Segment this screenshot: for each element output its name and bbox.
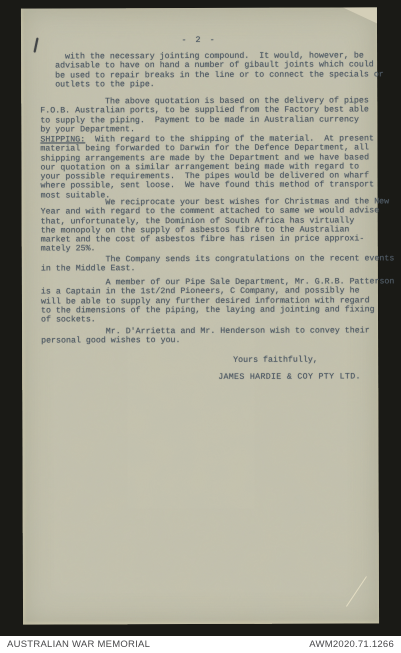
paragraph-good-wishes: Mr. D'Arrietta and Mr. Henderson wish to… xyxy=(41,326,375,346)
paragraph-jointing-compound: with the necessary jointing compound. It… xyxy=(55,51,389,89)
footer-accession-number: AWM2020.71.1266 xyxy=(309,639,394,650)
closing-line: Yours faithfully, xyxy=(233,355,401,365)
footer-institution: AUSTRALIAN WAR MEMORIAL xyxy=(7,639,150,650)
shipping-body: With regard to the shipping of the mater… xyxy=(40,134,374,200)
shipping-heading: SHIPPING: xyxy=(40,135,85,144)
signature-line: JAMES HARDIE & COY PTY LTD. xyxy=(218,372,401,382)
pen-mark xyxy=(34,38,39,53)
scan-background: - 2 - with the necessary jointing compou… xyxy=(0,0,401,653)
archive-footer: AUSTRALIAN WAR MEMORIAL AWM2020.71.1266 xyxy=(0,636,401,653)
paragraph-quotation: The above quotation is based on the deli… xyxy=(40,96,374,134)
paragraph-shipping: SHIPPING: With regard to the shipping of… xyxy=(40,134,374,200)
paper: - 2 - with the necessary jointing compou… xyxy=(21,7,379,624)
paragraph-christmas-wishes: We reciprocate your best wishes for Chri… xyxy=(41,197,375,254)
paper-crease xyxy=(346,576,367,606)
page-number: - 2 - xyxy=(139,35,259,45)
paragraph-patterson: A member of our Pipe Sale Department, Mr… xyxy=(41,277,375,325)
paragraph-congratulations: The Company sends its congratulations on… xyxy=(41,254,375,274)
paper-fold-corner xyxy=(343,7,377,23)
